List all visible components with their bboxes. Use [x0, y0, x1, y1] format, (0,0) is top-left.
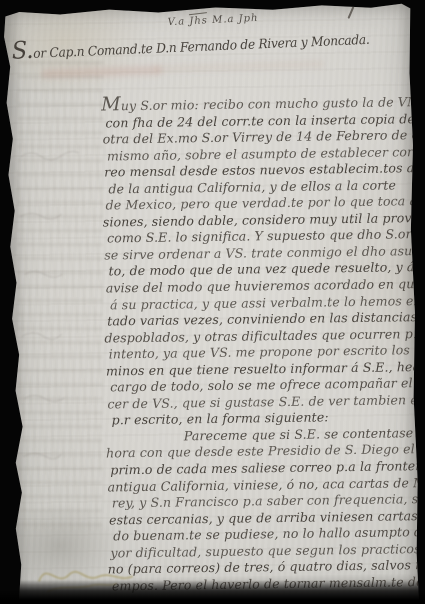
letter-body: Muy S.or mio: recibo con mucho gusto la …: [104, 92, 411, 595]
manuscript-paper: V.a Jhs M.a Jph S.or Cap.n Comand.te D.n…: [3, 1, 420, 604]
show-through-text: [16, 61, 104, 531]
photo-background: V.a Jhs M.a Jph S.or Cap.n Comand.te D.n…: [0, 0, 425, 604]
pink-smudge-stain-faint: [154, 60, 324, 73]
pen-stroke-mark: [347, 6, 354, 19]
bottom-edge-shadow: [0, 580, 425, 604]
salutation-line: S.or Cap.n Comand.te D.n Fernando de Riv…: [11, 22, 370, 65]
